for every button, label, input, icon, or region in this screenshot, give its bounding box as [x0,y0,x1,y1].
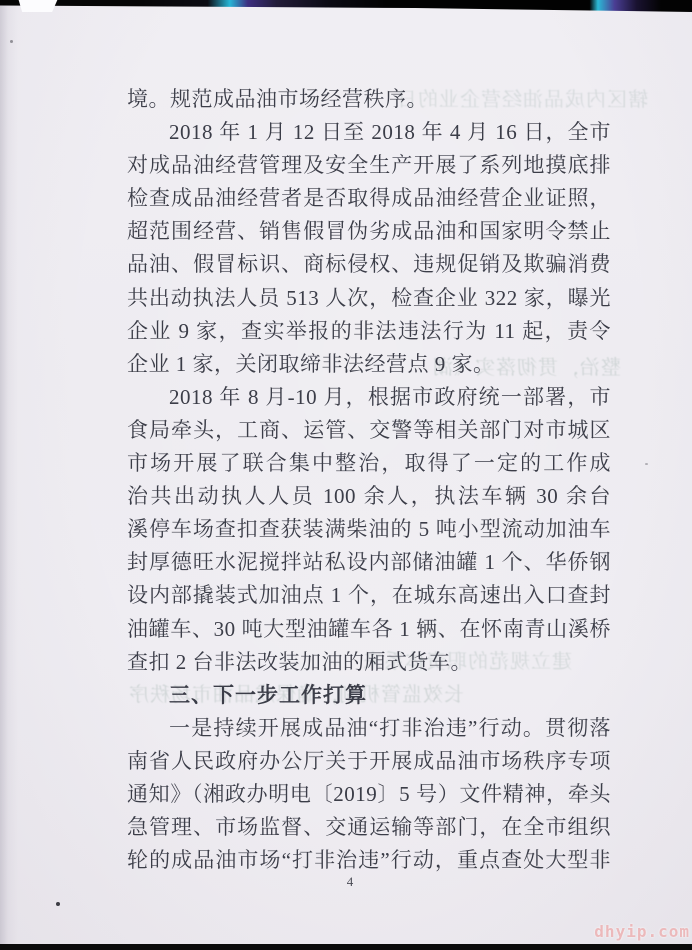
text-line: 溪停车场查扣查获装满柴油的 5 吨小型流动加油车 1 辆，查 [127,513,611,546]
text-line: 市场开展了联合集中整治，取得了一定的工作成效。集中整 [127,447,611,480]
watermark: dhyip.com [594,922,690,941]
text-line: 企业 1 家，关闭取缔非法经营点 9 家。 [127,348,611,381]
text-line: 2018 年 8 月-10 月，根据市政府统一部署，市商务和粮 [127,381,611,414]
text-line: 一是持续开展成品油“打非治违”行动。贯彻落实《湖 [127,712,611,745]
scanner-bottom-edge [0,944,692,950]
text-line: 油罐车、30 吨大型油罐车各 1 辆、在怀南青山溪桥头停车场 [127,613,611,646]
page-number: 4 [330,874,370,890]
text-line: 查扣 2 台非法改装加油的厢式货车。 [127,646,611,679]
text-line: 南省人民政府办公厅关于开展成品油市场秩序专项整治的 [127,745,611,778]
scan-speck [56,902,60,906]
text-line: 封厚德旺水泥搅拌站私设内部储油罐 1 个、华侨钢材市场私 [127,546,611,579]
text-line: 食局牵头，工商、运管、交警等相关部门对市城区的成品油 [127,414,611,447]
document-body: 境。规范成品油市场经营秩序。2018 年 1 月 12 日至 2018 年 4 … [127,83,611,877]
section-heading: 三、下一步工作打算 [127,679,611,712]
text-line: 超范围经营、销售假冒伪劣成品油和国家明令禁止销售的成 [127,215,611,248]
text-line: 对成品油经营管理及安全生产开展了系列地摸底排查，着重 [127,149,611,182]
text-line: 境。规范成品油市场经营秩序。 [127,83,611,116]
text-line: 2018 年 1 月 12 日至 2018 年 4 月 16 日，全市商务系统 [127,116,611,149]
scanned-document-page: 辖区内成品油经营企业的日 整治，贯彻落实《湖 建立规范的职责体系来 长效监管机制… [0,0,692,950]
text-line: 设内部撬装式加油点 1 个，在城东高速出入口查封 5 吨小型 [127,579,611,612]
scan-speck [645,463,648,465]
text-line: 共出动执法人员 513 人次，检查企业 322 家，曝光非法违法 [127,282,611,315]
text-line: 治共出动执人人员 100 余人，执法车辆 30 余台次，在青山 [127,480,611,513]
text-line: 品油、假冒标识、商标侵权、违规促销及欺骗消费者等行为， [127,248,611,281]
scan-speck [10,40,13,43]
paper-left-edge-shadow [0,5,18,945]
text-line: 轮的成品油市场“打非治违”行动，重点查处大型非法储油 [127,844,611,877]
text-line: 检查成品油经营者是否取得成品油经营企业证照，是否存在 [127,182,611,215]
text-line: 企业 9 家，查实举报的非法违法行为 11 起，责令停产整顿 [127,315,611,348]
text-line: 通知》（湘政办明电〔2019〕5 号）文件精神，牵头公安、应 [127,778,611,811]
text-line: 急管理、市场监督、交通运输等部门，在全市组织开展新一 [127,811,611,844]
